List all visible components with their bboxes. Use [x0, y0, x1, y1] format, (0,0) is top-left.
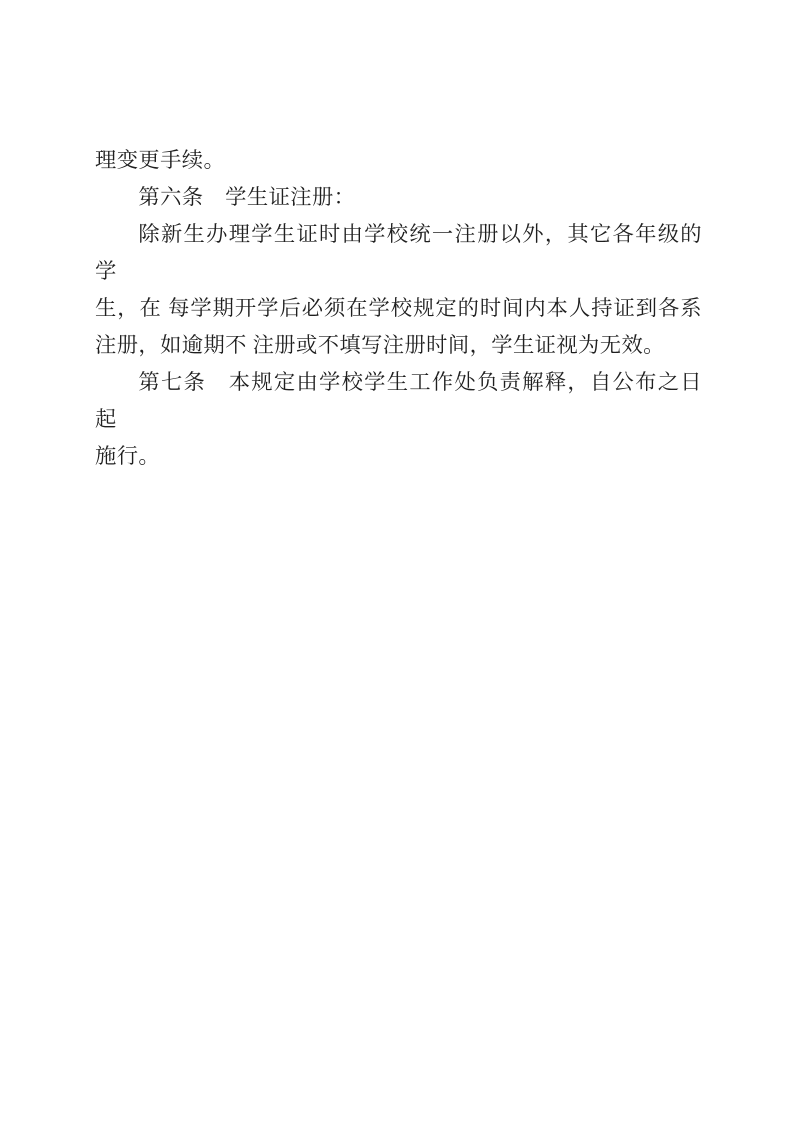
article-6-heading: 第六条 学生证注册：	[95, 179, 702, 216]
article-6-body-line-3: 注册，如逾期不 注册或不填写注册时间，学生证视为无效。	[95, 327, 702, 364]
article-6-body-line-1: 除新生办理学生证时由学校统一注册以外，其它各年级的学	[95, 216, 702, 290]
document-page: 理变更手续。 第六条 学生证注册： 除新生办理学生证时由学校统一注册以外，其它各…	[0, 0, 793, 1122]
paragraph-continuation-line: 理变更手续。	[95, 142, 702, 179]
document-body: 理变更手续。 第六条 学生证注册： 除新生办理学生证时由学校统一注册以外，其它各…	[95, 142, 702, 475]
article-7-line-2: 施行。	[95, 438, 702, 475]
article-6-body-line-2: 生，在 每学期开学后必须在学校规定的时间内本人持证到各系	[95, 290, 702, 327]
article-7-line-1: 第七条 本规定由学校学生工作处负责解释，自公布之日起	[95, 364, 702, 438]
